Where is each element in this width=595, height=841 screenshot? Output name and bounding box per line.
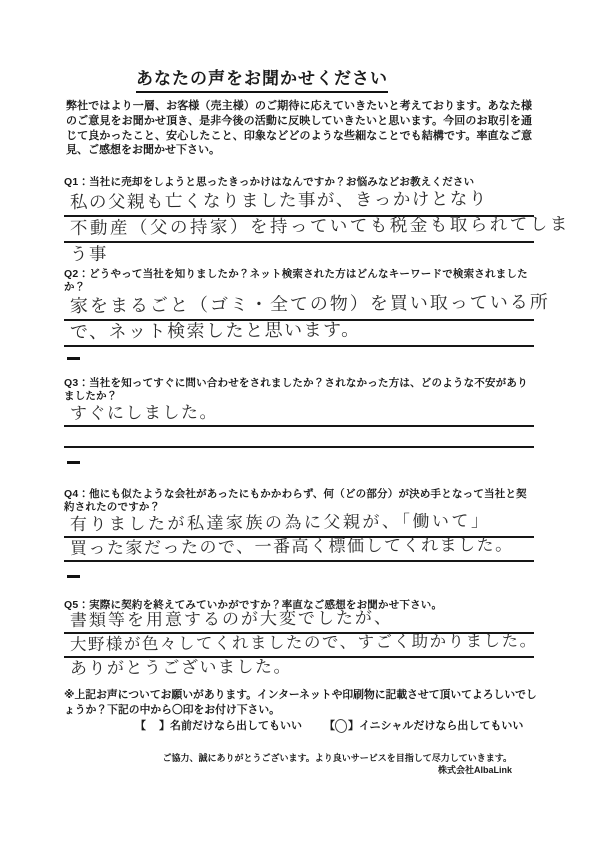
- bracket-close: 】: [159, 717, 170, 733]
- bracket-gap: [335, 718, 348, 732]
- handwritten-answer: 私の父親も亡くなりました事が、きっかけとなり: [70, 185, 488, 214]
- handwritten-answer: ありがとうございました。: [70, 652, 292, 679]
- answer-line: ありがとうございました。: [64, 658, 534, 680]
- handwritten-answer: すぐにしました。: [70, 398, 218, 424]
- bracket-close: 】: [348, 717, 359, 733]
- handwritten-circle-mark: [334, 718, 349, 734]
- bracket-gap: [146, 718, 159, 732]
- bracket-open: 【: [135, 717, 146, 733]
- question-block-q4: Q4：他にも似たような会社があったにもかかわらず、何（どの部分）が決め手となって…: [64, 488, 534, 562]
- handwritten-answer: 家をまるごと（ゴミ・全ての物）を買い取っている所: [70, 288, 550, 318]
- company-name: 株式会社AlbaLink: [66, 765, 512, 777]
- closing-block: ご協力、誠にありがとうございます。より良いサービスを目指して尽力していきます。 …: [66, 753, 512, 776]
- handwritten-answer: 書類等を用意するのが大変でしたが、: [70, 603, 393, 631]
- section-divider-dash: [67, 357, 80, 360]
- question-block-q3: Q3：当社を知ってすぐに問い合わせをされましたか？されなかった方は、どのような不…: [64, 377, 534, 448]
- consent-option-label: イニシャルだけなら出してもいい: [359, 717, 523, 733]
- handwritten-answer: 買った家だったので、一番高く標価してくれました。: [70, 530, 514, 559]
- answer-line: 買った家だったので、一番高く標価してくれました。: [64, 538, 534, 562]
- question-block-q2: Q2：どうやって当社を知りましたか？ネット検索された方はどんなキーワードで検索さ…: [64, 268, 534, 347]
- question-block-q5: Q5：実際に契約を終えてみていかがですか？率直なご感想をお聞かせ下さい。 書類等…: [64, 599, 534, 680]
- answer-line: で、ネット検索したと思います。: [64, 321, 534, 347]
- answer-line: う事: [64, 243, 534, 267]
- handwritten-answer: で、ネット検索したと思います。: [70, 315, 361, 344]
- answer-line: すぐにしました。: [64, 403, 534, 427]
- consent-option-initial: 【 】 イニシャルだけなら出してもいい: [324, 717, 523, 733]
- section-divider-dash: [67, 575, 80, 578]
- consent-option-label: 名前だけなら出してもいい: [170, 717, 302, 733]
- page-title: あなたの声をお聞かせください: [136, 64, 388, 93]
- answer-line-blank: [64, 427, 534, 448]
- page-title-row: あなたの声をお聞かせください: [0, 64, 524, 93]
- scanned-questionnaire-page: あなたの声をお聞かせください 弊社ではより一層、お客様（売主様）のご期待に応えて…: [0, 0, 595, 841]
- bracket-open: 【: [324, 717, 335, 733]
- handwritten-answer: 大野様が色々してくれましたので、すごく助かりました。: [70, 627, 538, 655]
- handwritten-answer: う事: [70, 241, 108, 266]
- consent-note: ※上記お声についてお願いがあります。インターネットや印刷物に記載させて頂いてよろ…: [64, 688, 542, 717]
- answer-line: 不動産（父の持家）を持っていても税金も取られてしま: [64, 217, 534, 243]
- consent-options-row: 【 】 名前だけなら出してもいい 【 】 イニシャルだけなら出してもいい: [135, 717, 523, 733]
- closing-thanks: ご協力、誠にありがとうございます。より良いサービスを目指して尽力していきます。: [66, 753, 512, 765]
- question-block-q1: Q1：当社に売却をしようと思ったきっかけはなんですか？お悩みなどお教えください …: [64, 176, 534, 267]
- handwritten-answer: 不動産（父の持家）を持っていても税金も取られてしま: [70, 211, 570, 240]
- consent-option-name: 【 】 名前だけなら出してもいい: [135, 717, 302, 733]
- section-divider-dash: [67, 461, 80, 464]
- intro-paragraph: 弊社ではより一層、お客様（売主様）のご期待に応えていきたいと考えております。あな…: [66, 99, 532, 161]
